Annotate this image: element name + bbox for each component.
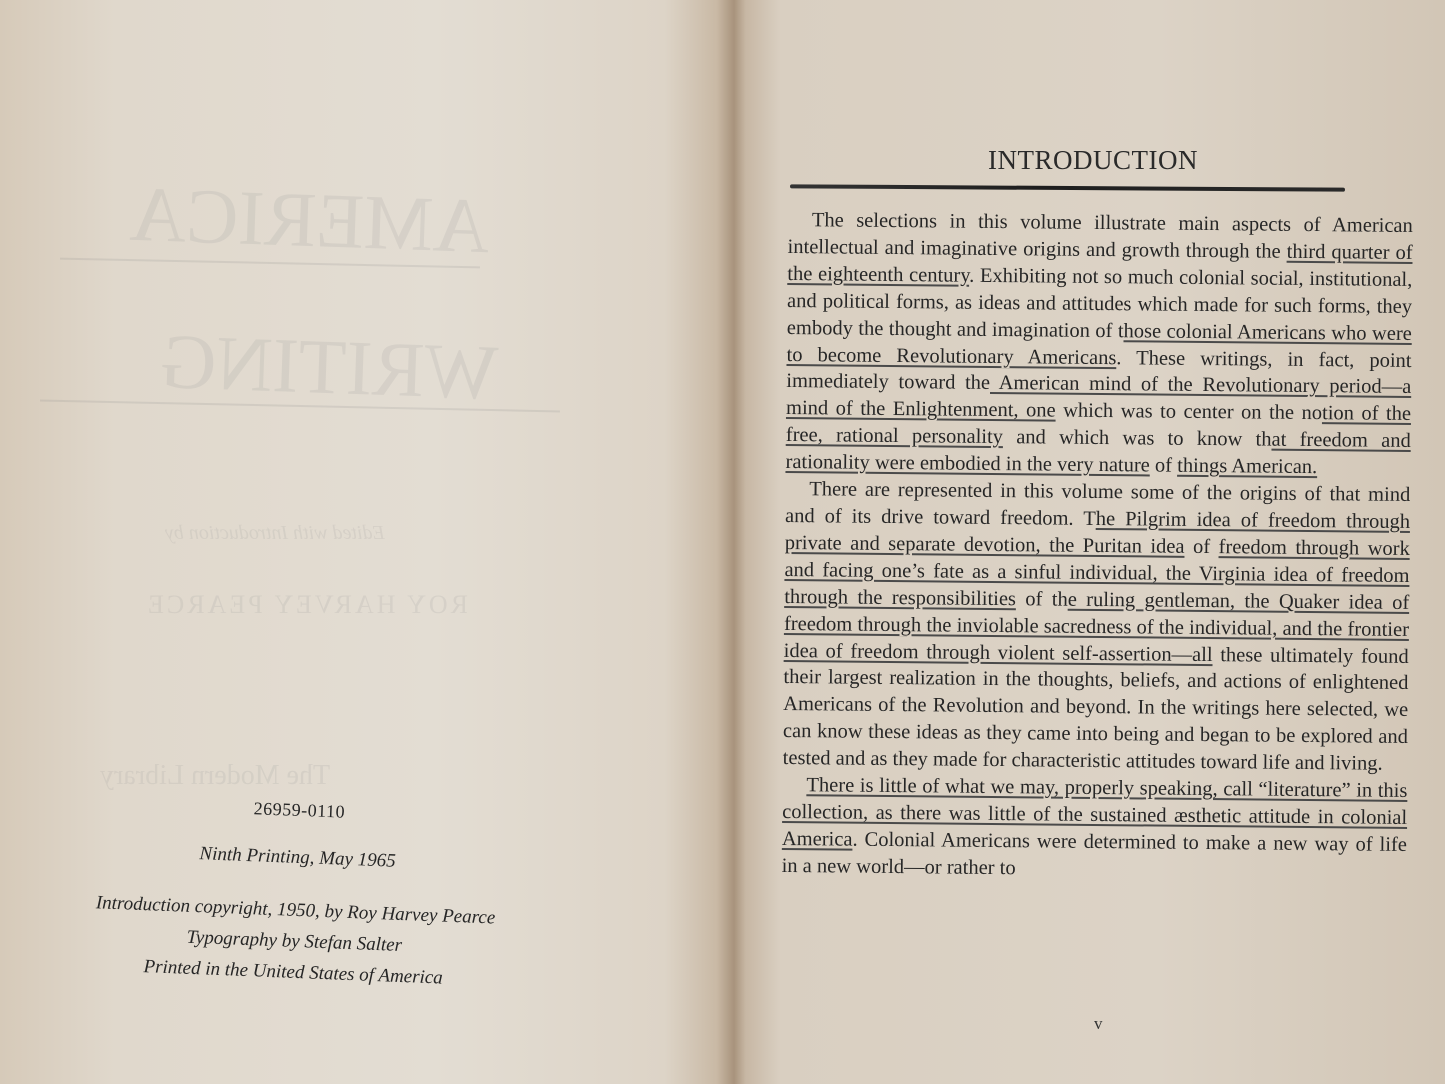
show-through-editor: ROY HARVEY PEARCE — [145, 590, 468, 620]
text-run: of th — [1016, 588, 1068, 610]
paragraph: There are represented in this volume som… — [783, 476, 1411, 778]
text-run: of — [1150, 455, 1178, 477]
underlined-passage: things American. — [1177, 455, 1317, 478]
heading-rule — [790, 184, 1345, 191]
text-run: which was to center on the no — [1056, 400, 1323, 425]
page-number: v — [1094, 1014, 1103, 1034]
left-page: AMERICA WRITING Edited with Introduction… — [0, 0, 730, 1084]
text-run: of — [1184, 536, 1218, 558]
imprint-block: 26959-0110 Ninth Printing, May 1965 Intr… — [33, 790, 560, 998]
show-through-title-1: AMERICA — [129, 169, 492, 271]
catalog-code: 26959-0110 — [39, 790, 559, 831]
show-through-edited-by: Edited with Introduction by — [165, 522, 385, 545]
credits: Introduction copyright, 1950, by Roy Har… — [33, 885, 556, 998]
text-run: . Colonial Americans were determined to … — [782, 828, 1407, 878]
paragraph: The selections in this volume illustrate… — [785, 207, 1413, 482]
right-page: INTRODUCTION The selections in this volu… — [738, 0, 1445, 1084]
printing-info: Ninth Printing, May 1965 — [37, 837, 557, 879]
text-run: and which was to know th — [1003, 426, 1272, 451]
paragraph: There is little of what we may, properly… — [782, 772, 1408, 886]
show-through-publisher: The Modern Library — [100, 760, 330, 792]
open-book-spread: AMERICA WRITING Edited with Introduction… — [0, 0, 1445, 1084]
chapter-heading: INTRODUCTION — [988, 145, 1198, 176]
introduction-body: The selections in this volume illustrate… — [782, 207, 1413, 886]
